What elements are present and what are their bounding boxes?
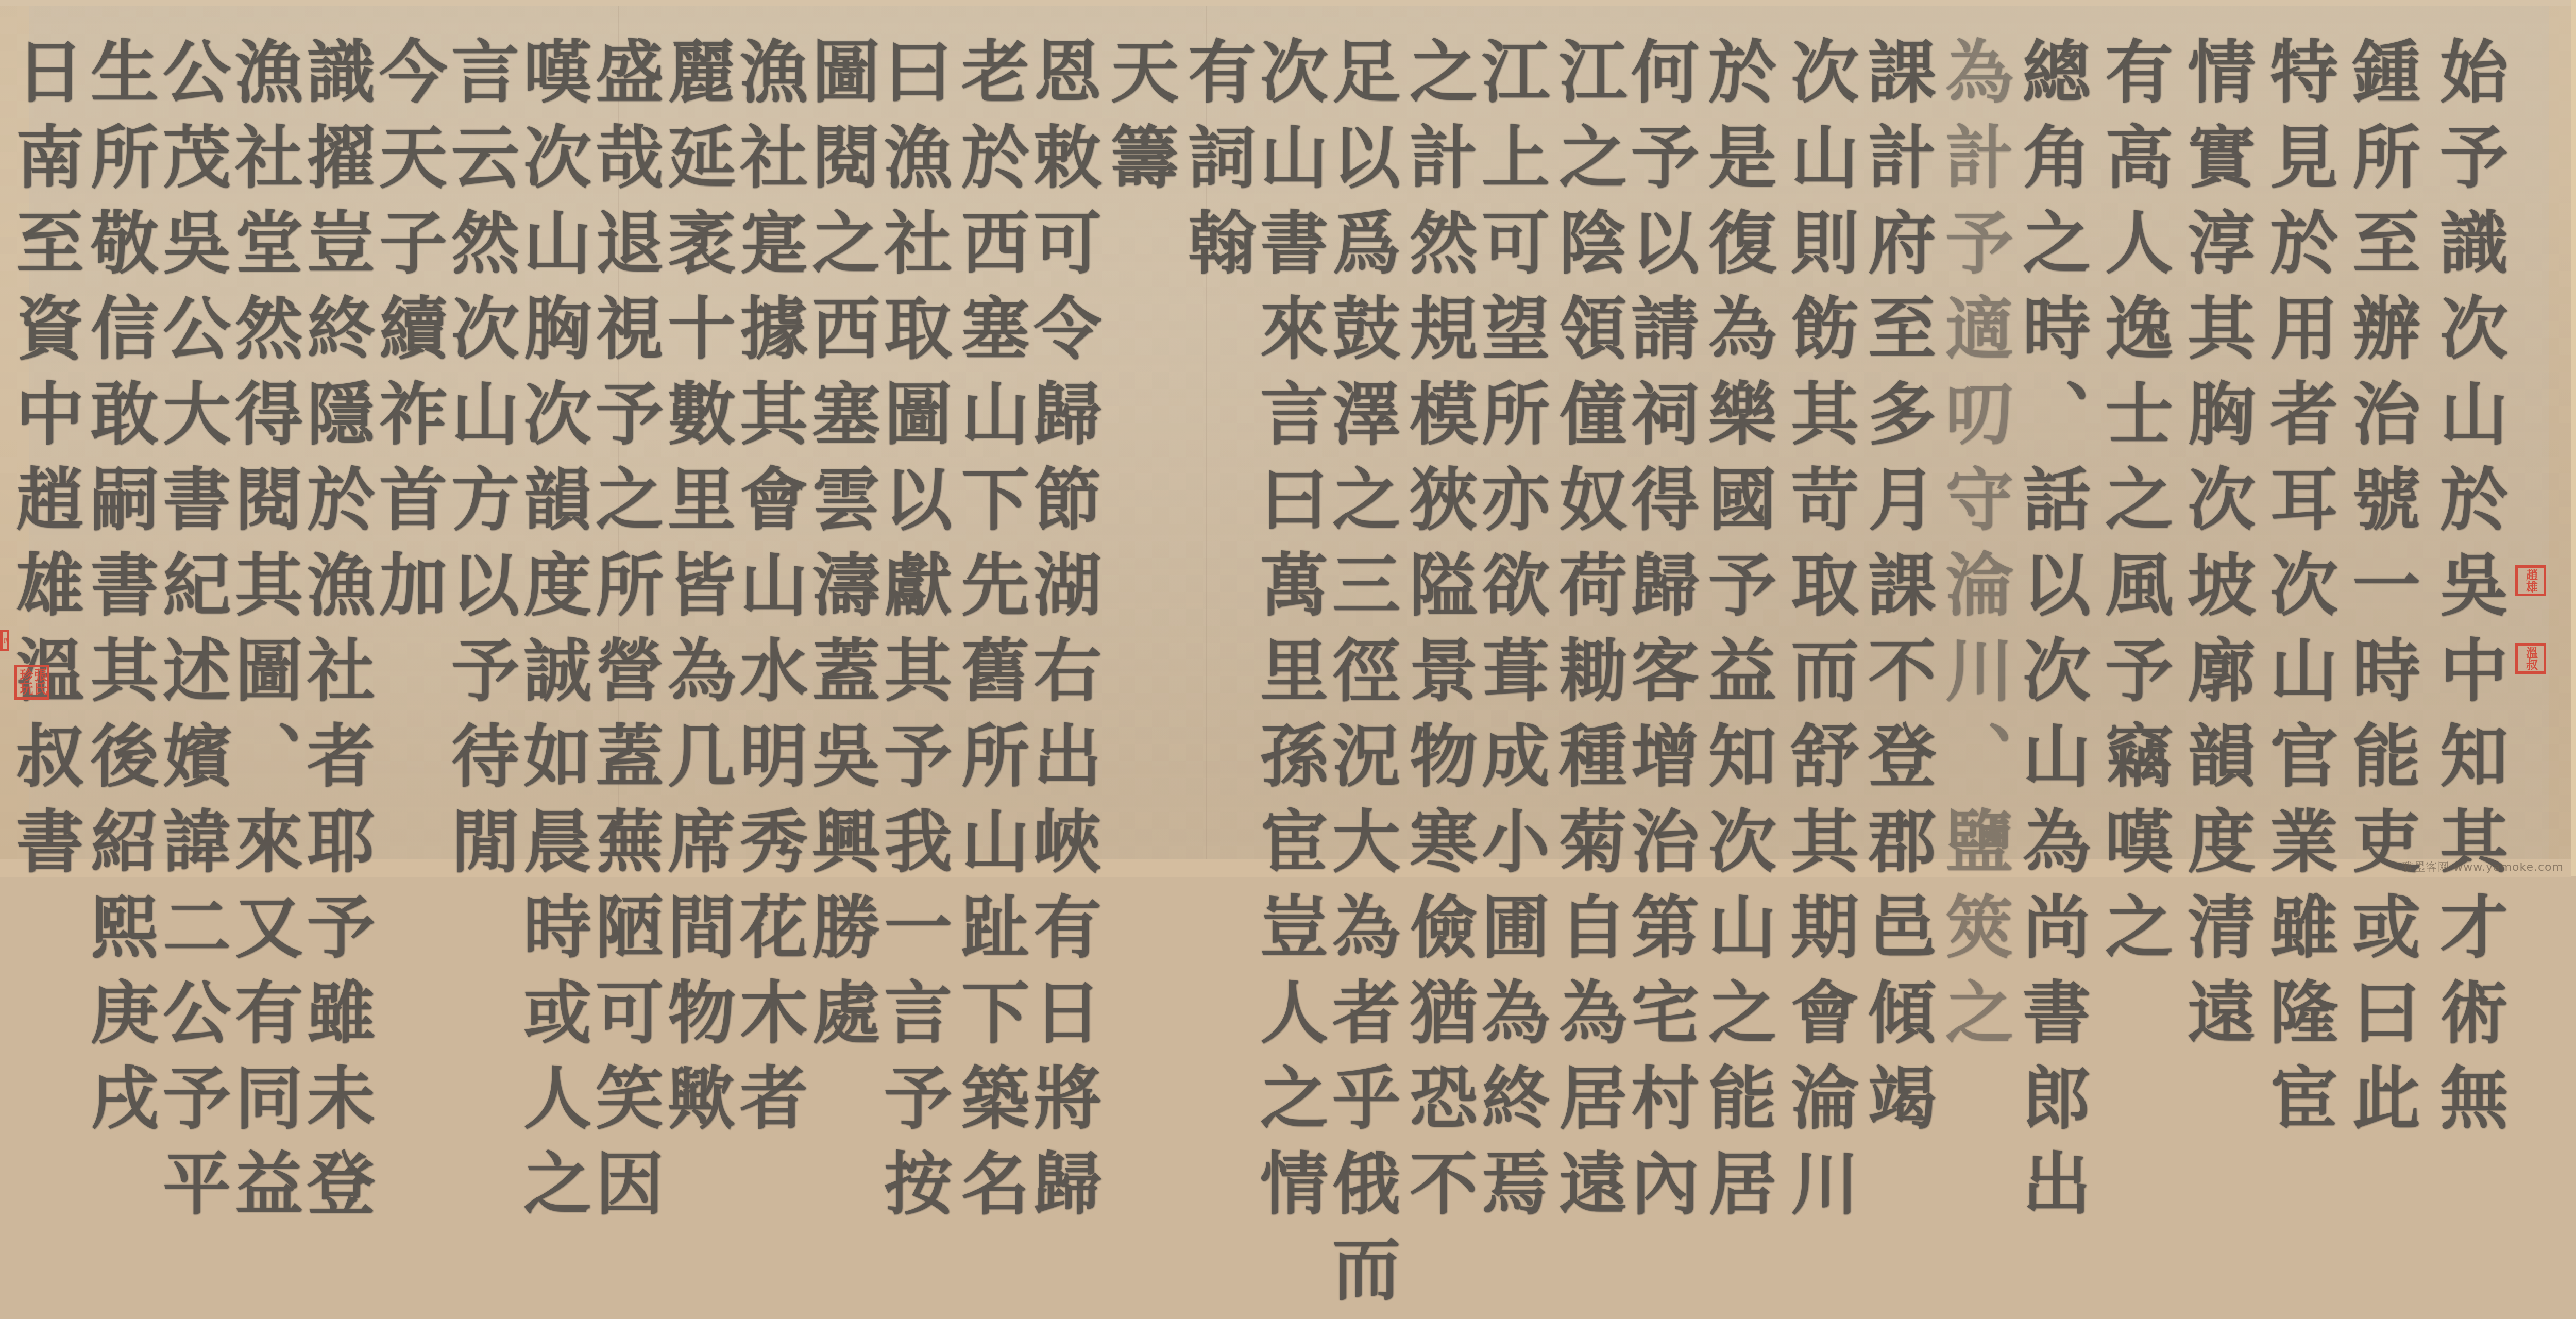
calligraphy-column: 言云然次山方以予待閒 bbox=[445, 36, 513, 876]
calligraphy-column: 情實淳其胸次坡廓韻度清遠 bbox=[2181, 36, 2249, 876]
calligraphy-scroll: 始予識次山於吳中知其才術無鍾所至辦治號一時能吏或曰此特見於用者耳次山官業雖隆宦情… bbox=[0, 0, 2576, 876]
calligraphy-column: 鍾所至辦治號一時能吏或曰此 bbox=[2346, 36, 2414, 876]
calligraphy-column: 足以爲鼓澤之三徑況大為者乎俄而 bbox=[1326, 36, 1394, 876]
calligraphy-column: 有高人逸士之風予竊嘆之 bbox=[2099, 36, 2167, 876]
calligraphy-column: 為計予適叨守淪川、鹽筴之 bbox=[1939, 36, 2007, 876]
calligraphy-column: 特見於用者耳次山官業雖隆宦 bbox=[2264, 36, 2332, 876]
calligraphy-column: 識擢豈終隱於漁社者耶予雖未登 bbox=[301, 36, 369, 876]
scroll-top-edge bbox=[0, 0, 2571, 6]
calligraphy-column: 嘆次山胸次韻度誠如晨時或人之 bbox=[517, 36, 585, 876]
calligraphy-column: 江上可望所亦欲葺成小圃為終焉 bbox=[1476, 36, 1544, 876]
calligraphy-column: 始予識次山於吳中知其才術無 bbox=[2434, 36, 2502, 876]
calligraphy-column: 今天子續祚首加 bbox=[373, 36, 441, 635]
calligraphy-column: 於是復為樂國予益知次山之能居 bbox=[1702, 36, 1770, 876]
silk-mount-edge bbox=[2571, 0, 2576, 876]
calligraphy-column: 次山書來言曰萬里孫宦豈人之情 bbox=[1254, 36, 1322, 876]
calligraphy-column: 盛哉退視予之所營蓋蕪陋可笑因 bbox=[589, 36, 657, 876]
left-seal-upper-seal-icon: 氏 bbox=[0, 630, 9, 651]
calligraphy-column: 有詞翰 bbox=[1182, 36, 1250, 293]
left-seal-lower-seal-icon: 張氏珍玩 bbox=[14, 665, 49, 700]
calligraphy-column: 麗延袤十數里皆為几席間物歟 bbox=[662, 36, 730, 876]
calligraphy-column: 公茂吳公大書紀述嬪諱二公予平 bbox=[157, 36, 225, 876]
calligraphy-column: 曰漁社取圖以獻其予我一言予按 bbox=[878, 36, 946, 876]
calligraphy-column: 次山則飭其苛取而舒其期會淪川 bbox=[1785, 36, 1853, 876]
calligraphy-column: 老於西塞山下先舊所山趾下築名 bbox=[955, 36, 1023, 876]
calligraphy-column: 總角之時、話以次山為尚書郎出 bbox=[2016, 36, 2084, 876]
calligraphy-column: 漁社堂然得閱其圖、來又有同益 bbox=[229, 36, 297, 876]
calligraphy-column: 漁社寔據其會山水明秀花木者 bbox=[734, 36, 802, 876]
right-seal-upper-seal-icon: 趙雄 bbox=[2515, 565, 2546, 596]
calligraphy-column: 恩敕可令歸節湖右出峽有日將歸 bbox=[1027, 36, 1095, 876]
calligraphy-column: 何予以請祠得歸客增治第宅村內 bbox=[1625, 36, 1693, 876]
calligraphy-column: 日南至資中趙雄溫叔書 bbox=[10, 36, 78, 876]
calligraphy-column: 江之陰領僮奴荷耡種菊自為居遠 bbox=[1553, 36, 1621, 876]
calligraphy-column: 生所敬信敢嗣書其後紹熙庚戌 bbox=[84, 36, 152, 876]
calligraphy-column: 圖閱之西塞雲濤蓋吳興勝處 bbox=[806, 36, 874, 876]
calligraphy-column: 天籌 bbox=[1105, 36, 1173, 207]
right-seal-lower-seal-icon: 溫叔 bbox=[2515, 643, 2546, 674]
calligraphy-column: 之計然規模狹隘景物寒儉猶恐不 bbox=[1403, 36, 1471, 876]
watermark: 雅墨客网 www.yamoke.com bbox=[2402, 858, 2564, 874]
calligraphy-column: 課計府至多月課不登郡邑傾竭 bbox=[1862, 36, 1930, 876]
